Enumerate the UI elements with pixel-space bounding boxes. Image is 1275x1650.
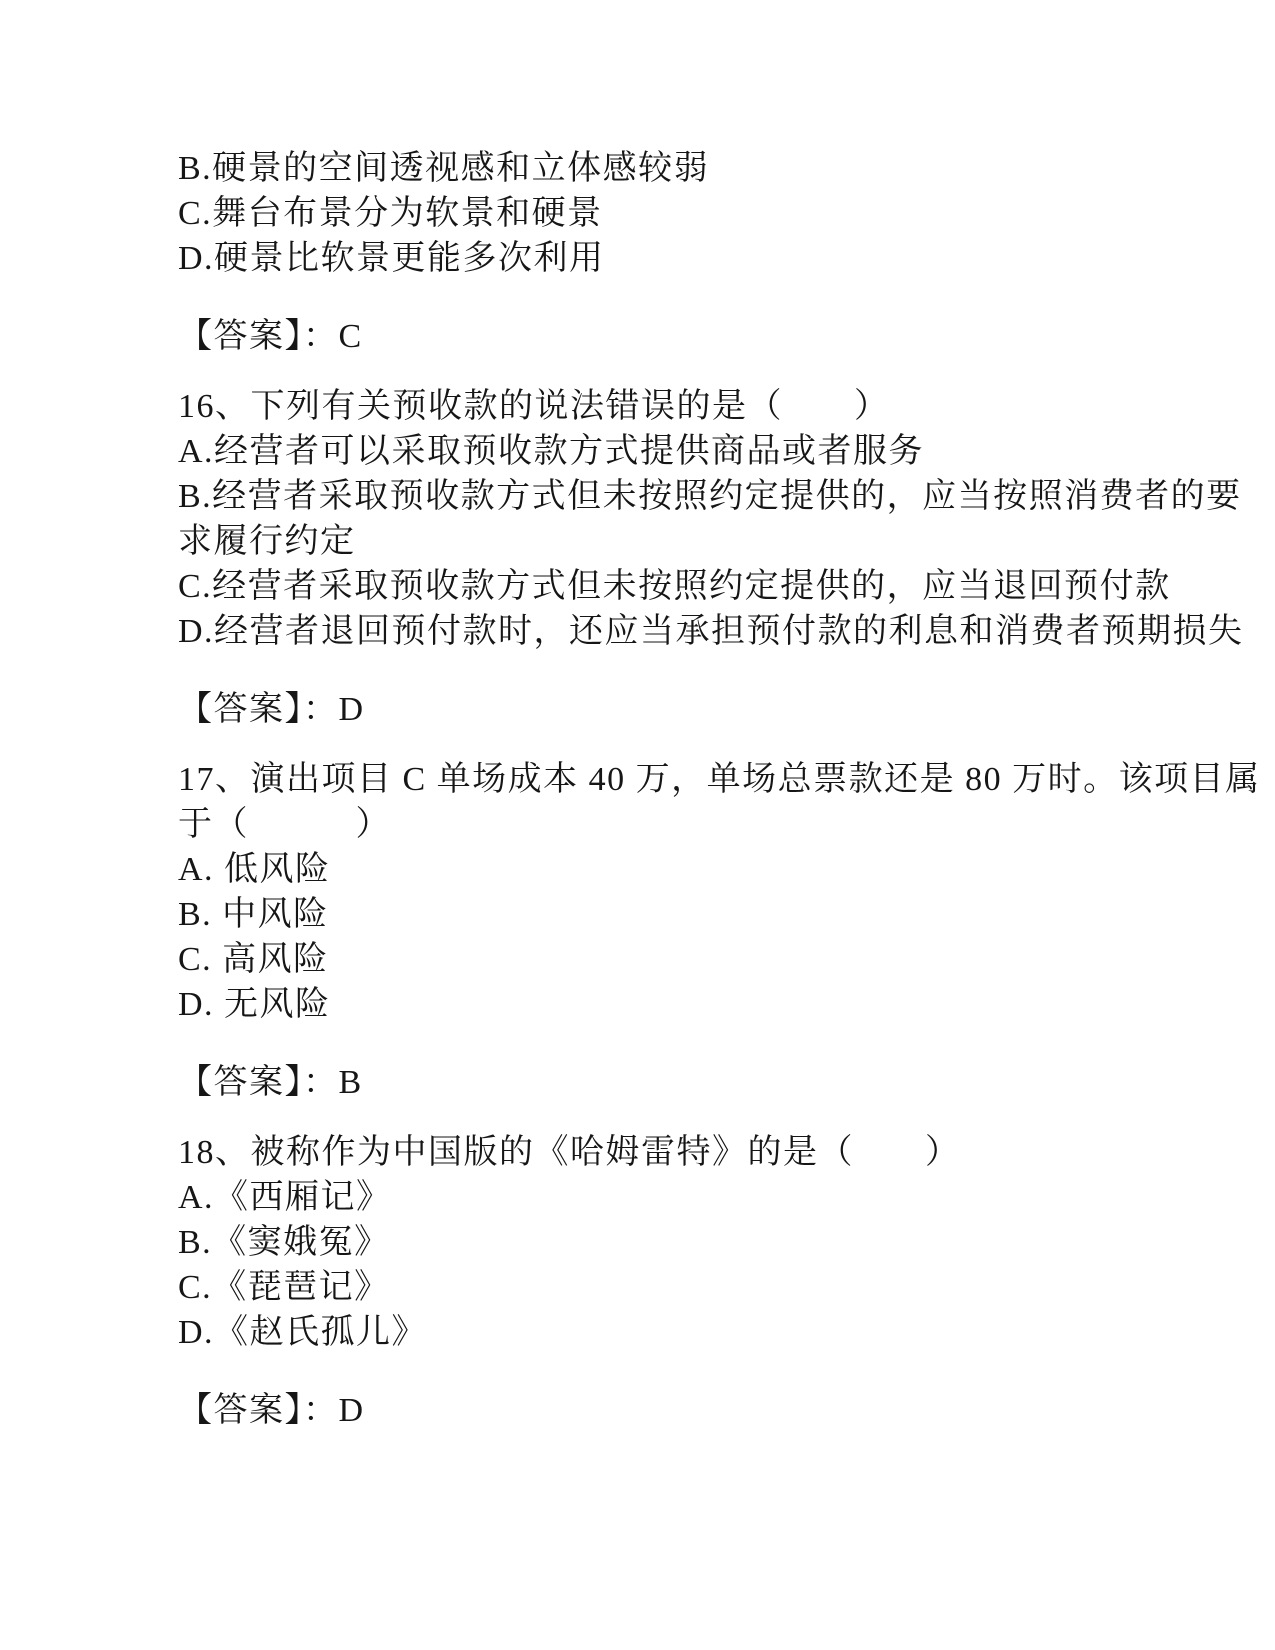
question-title-line: 16、下列有关预收款的说法错误的是（ ）: [178, 384, 1098, 429]
option-continuation-line: 求履行约定: [178, 519, 1098, 564]
exam-content: B.硬景的空间透视感和立体感较弱 C.舞台布景分为软景和硬景 D.硬景比软景更能…: [178, 146, 1098, 1433]
answer-line: 【答案】：C: [178, 314, 1098, 359]
option-line: B.《窦娥冤》: [178, 1220, 1098, 1265]
option-line: A.《西厢记》: [178, 1175, 1098, 1220]
question-title-continuation-line: 于（ ）: [178, 802, 1098, 847]
option-line: B.硬景的空间透视感和立体感较弱: [178, 146, 1098, 191]
option-line: C.舞台布景分为软景和硬景: [178, 191, 1098, 236]
question-block-17: 17、演出项目 C 单场成本 40 万，单场总票款还是 80 万时。该项目属 于…: [178, 757, 1098, 1105]
option-line: D.《赵氏孤儿》: [178, 1310, 1098, 1355]
option-line: A. 低风险: [178, 847, 1098, 892]
exam-page: B.硬景的空间透视感和立体感较弱 C.舞台布景分为软景和硬景 D.硬景比软景更能…: [0, 0, 1275, 1650]
answer-line: 【答案】：D: [178, 1388, 1098, 1433]
question-block-partial: B.硬景的空间透视感和立体感较弱 C.舞台布景分为软景和硬景 D.硬景比软景更能…: [178, 146, 1098, 359]
question-block-16: 16、下列有关预收款的说法错误的是（ ） A.经营者可以采取预收款方式提供商品或…: [178, 384, 1098, 732]
question-title-line: 17、演出项目 C 单场成本 40 万，单场总票款还是 80 万时。该项目属: [178, 757, 1098, 802]
option-line: B.经营者采取预收款方式但未按照约定提供的，应当按照消费者的要: [178, 474, 1098, 519]
question-block-18: 18、被称作为中国版的《哈姆雷特》的是（ ） A.《西厢记》 B.《窦娥冤》 C…: [178, 1130, 1098, 1433]
option-line: B. 中风险: [178, 892, 1098, 937]
question-title-line: 18、被称作为中国版的《哈姆雷特》的是（ ）: [178, 1130, 1098, 1175]
answer-line: 【答案】：B: [178, 1060, 1098, 1105]
answer-line: 【答案】：D: [178, 687, 1098, 732]
option-line: C.《琵琶记》: [178, 1265, 1098, 1310]
option-line: D.硬景比软景更能多次利用: [178, 236, 1098, 281]
option-line: A.经营者可以采取预收款方式提供商品或者服务: [178, 429, 1098, 474]
option-line: C.经营者采取预收款方式但未按照约定提供的，应当退回预付款: [178, 564, 1098, 609]
option-line: D.经营者退回预付款时，还应当承担预付款的利息和消费者预期损失: [178, 609, 1098, 654]
option-line: C. 高风险: [178, 937, 1098, 982]
option-line: D. 无风险: [178, 982, 1098, 1027]
